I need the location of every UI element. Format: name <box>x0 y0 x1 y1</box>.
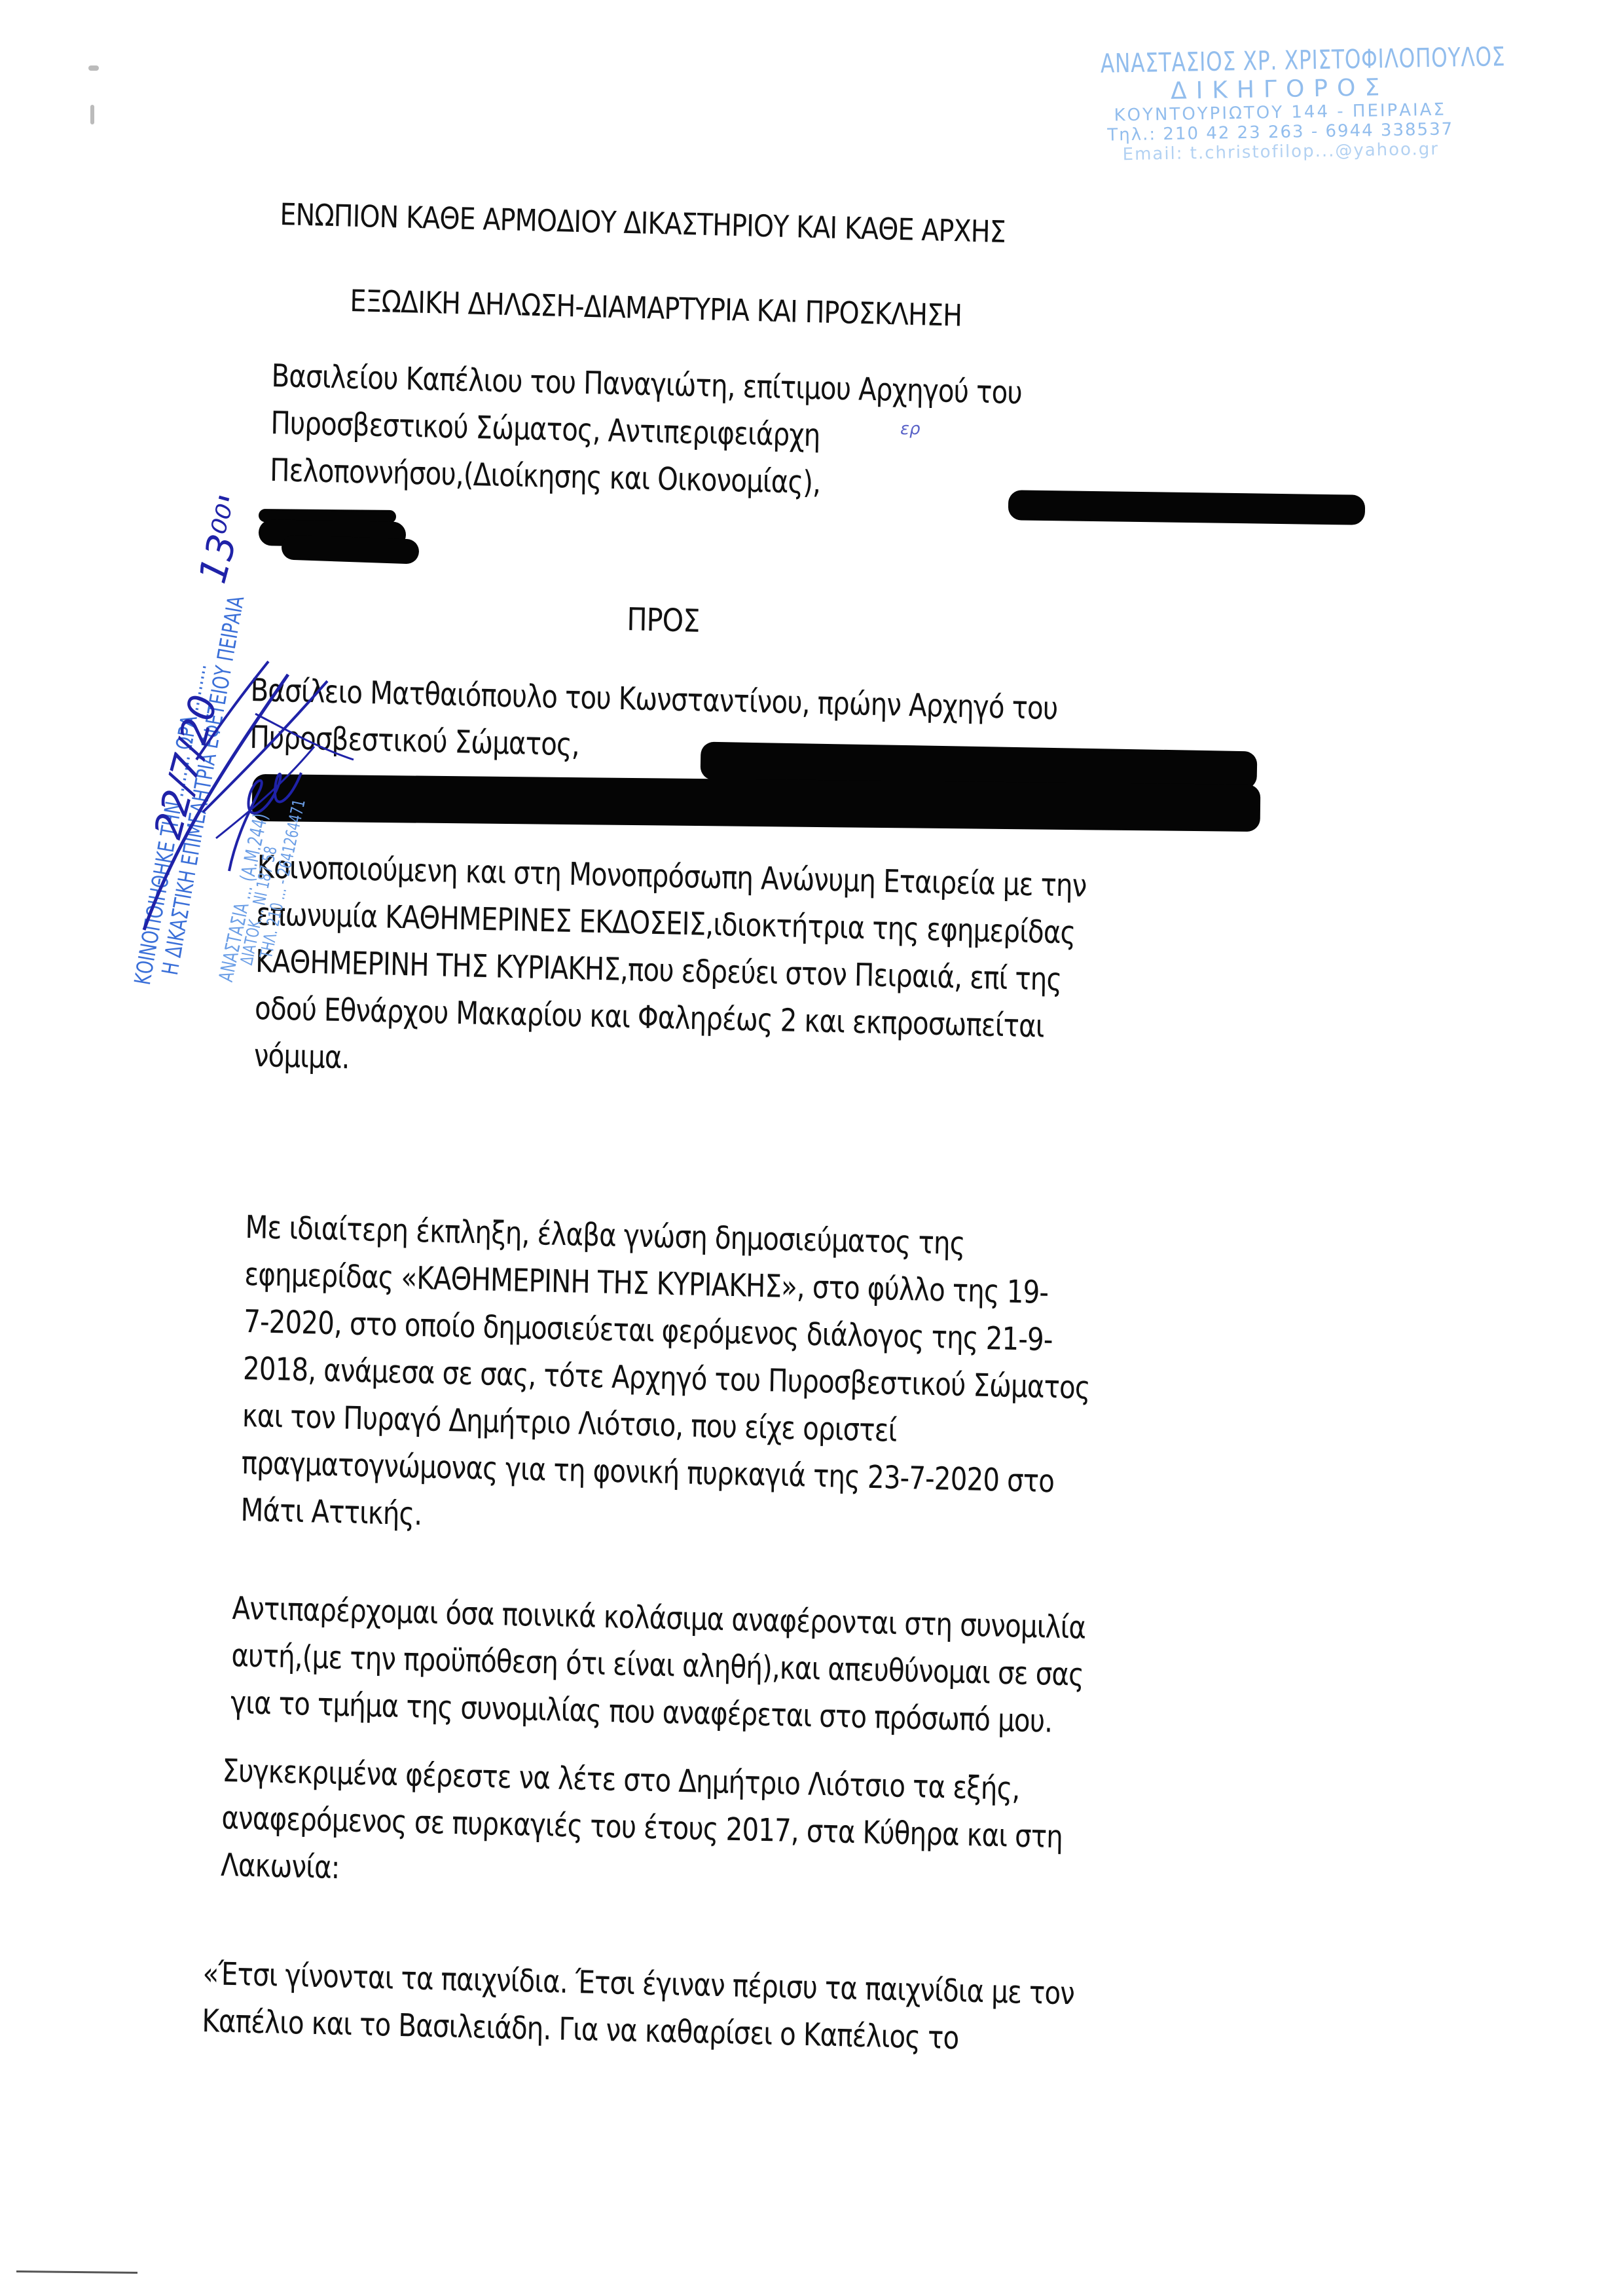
scan-speck <box>88 65 99 71</box>
redaction-mark <box>281 534 419 564</box>
handwritten-correction: ερ <box>900 419 921 439</box>
scanned-page: ΑΝΑΣΤΑΣΙΟΣ ΧΡ. ΧΡΙΣΤΟΦΙΛΟΠΟΥΛΟΣ ΔΙΚΗΓΟΡΟ… <box>0 0 1623 2296</box>
heading-line-2: ΕΞΩΔΙΚΗ ΔΗΛΩΣΗ-ΔΙΑΜΑΡΤΥΡΙΑ ΚΑΙ ΠΡΟΣΚΛΗΣΗ <box>350 283 962 333</box>
scan-line <box>16 2270 137 2274</box>
heading-line-1: ΕΝΩΠΙΟΝ ΚΑΘΕ ΑΡΜΟΔΙΟΥ ΔΙΚΑΣΤΗΡΙΟΥ ΚΑΙ ΚΑ… <box>280 196 1006 250</box>
sender-block: Βασιλείου Καπέλιου του Παναγιώτη, επίτιμ… <box>270 360 1023 519</box>
paragraph-2: Αντιπαρέρχομαι όσα ποινικά κολάσιμα αναφ… <box>230 1593 1086 1754</box>
stamp-lawyer-name: ΑΝΑΣΤΑΣΙΟΣ ΧΡ. ΧΡΙΣΤΟΦΙΛΟΠΟΥΛΟΣ <box>1100 43 1458 79</box>
redaction-mark <box>252 774 1261 832</box>
paragraph-3: Συγκεκριμένα φέρεστε να λέτε στο Δημήτρι… <box>221 1755 1064 1916</box>
redaction-mark <box>1008 490 1366 525</box>
signature-scribble <box>118 563 380 1022</box>
paragraph-1: Με ιδιαίτερη έκπληξη, έλαβα γνώση δημοσι… <box>240 1212 1093 1561</box>
scan-speck <box>90 105 94 124</box>
lawyer-stamp: ΑΝΑΣΤΑΣΙΟΣ ΧΡ. ΧΡΙΣΤΟΦΙΛΟΠΟΥΛΟΣ ΔΙΚΗΓΟΡΟ… <box>1050 42 1510 166</box>
paragraph-4-quote: «Έτσι γίνονται τα παιχνίδια. Έτσι έγιναν… <box>202 1958 1075 2072</box>
to-label: ΠΡΟΣ <box>627 601 700 640</box>
